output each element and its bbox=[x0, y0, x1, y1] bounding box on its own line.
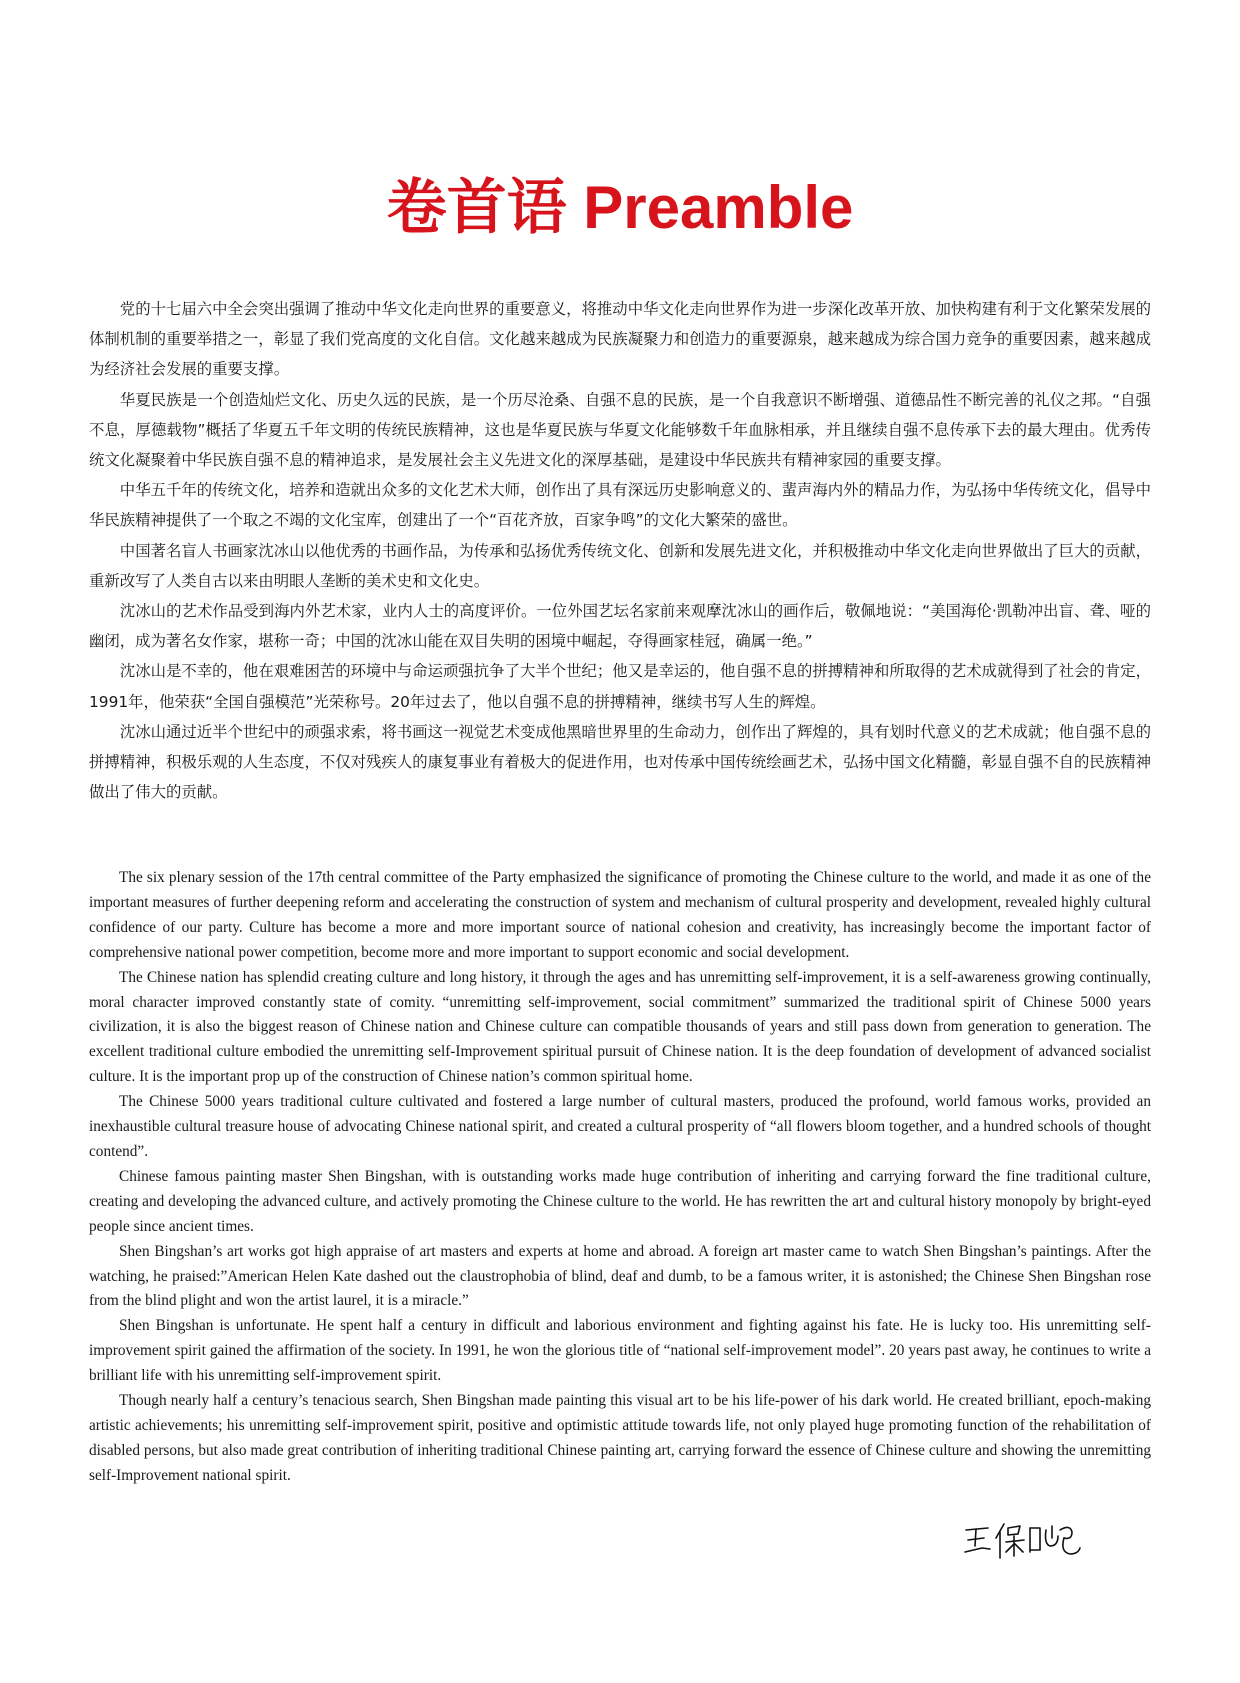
chinese-text-section: 党的十七届六中全会突出强调了推动中华文化走向世界的重要意义，将推动中华文化走向世… bbox=[89, 294, 1151, 807]
english-paragraph: The Chinese 5000 years traditional cultu… bbox=[89, 1090, 1151, 1165]
chinese-paragraph: 中华五千年的传统文化，培养和造就出众多的文化艺术大师，创作出了具有深远历史影响意… bbox=[89, 475, 1151, 535]
english-text-section: The six plenary session of the 17th cent… bbox=[89, 866, 1151, 1489]
page: 卷首语 Preamble 党的十七届六中全会突出强调了推动中华文化走向世界的重要… bbox=[0, 0, 1240, 1683]
chinese-paragraph: 沈冰山的艺术作品受到海内外艺术家，业内人士的高度评价。一位外国艺坛名家前来观摩沈… bbox=[89, 596, 1151, 656]
chinese-paragraph: 党的十七届六中全会突出强调了推动中华文化走向世界的重要意义，将推动中华文化走向世… bbox=[89, 294, 1151, 385]
handwritten-signature-icon bbox=[960, 1516, 1090, 1566]
chinese-paragraph: 沈冰山通过近半个世纪中的顽强求索，将书画这一视觉艺术变成他黑暗世界里的生命动力，… bbox=[89, 717, 1151, 808]
chinese-paragraph: 华夏民族是一个创造灿烂文化、历史久远的民族，是一个历尽沧桑、自强不息的民族，是一… bbox=[89, 385, 1151, 476]
english-paragraph: Shen Bingshan is unfortunate. He spent h… bbox=[89, 1314, 1151, 1389]
english-paragraph: Shen Bingshan’s art works got high appra… bbox=[89, 1240, 1151, 1315]
page-title: 卷首语 Preamble bbox=[0, 168, 1240, 248]
english-paragraph: Though nearly half a century’s tenacious… bbox=[89, 1389, 1151, 1489]
chinese-paragraph: 中国著名盲人书画家沈冰山以他优秀的书画作品，为传承和弘扬优秀传统文化、创新和发展… bbox=[89, 536, 1151, 596]
english-paragraph: Chinese famous painting master Shen Bing… bbox=[89, 1165, 1151, 1240]
chinese-paragraph: 沈冰山是不幸的，他在艰难困苦的环境中与命运顽强抗争了大半个世纪；他又是幸运的，他… bbox=[89, 656, 1151, 716]
english-paragraph: The Chinese nation has splendid creating… bbox=[89, 966, 1151, 1091]
english-paragraph: The six plenary session of the 17th cent… bbox=[89, 866, 1151, 966]
